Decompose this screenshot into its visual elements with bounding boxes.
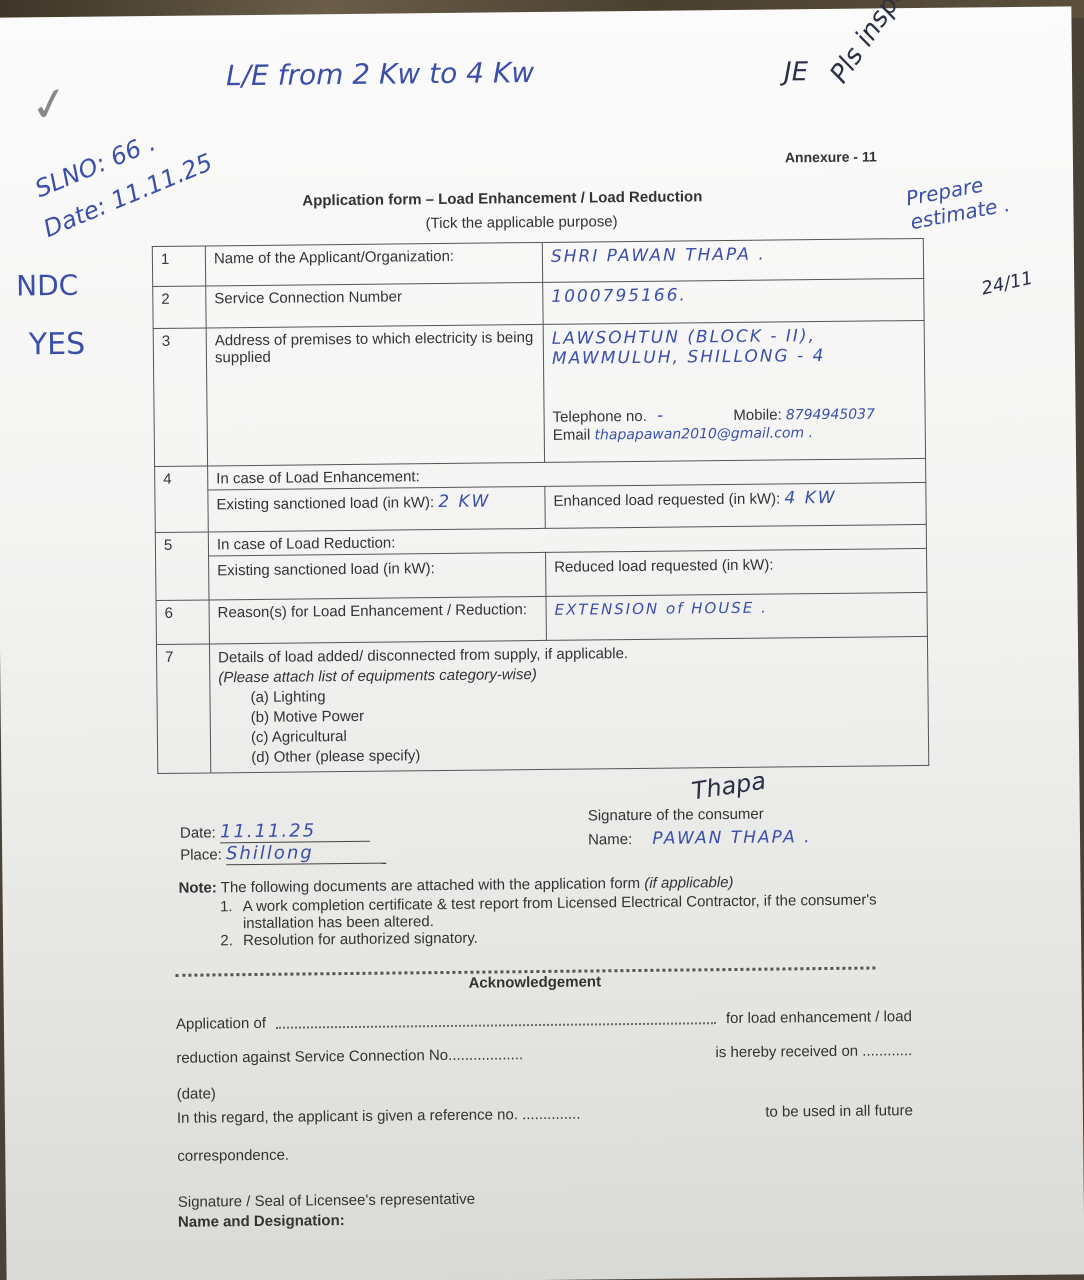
telephone-label: Telephone no.	[553, 408, 647, 426]
ack-text: is hereby received on ............	[715, 1042, 912, 1061]
consumer-name-field: Name: PAWAN THAPA .	[588, 827, 812, 849]
mobile-value[interactable]: 8794945037	[786, 406, 875, 423]
date-value[interactable]: 11.11.25	[220, 820, 370, 844]
existing-load-value[interactable]: 2 KW	[438, 492, 490, 513]
existing-load-label: Existing sanctioned load (in kW):	[217, 560, 435, 579]
date-label: Date:	[180, 824, 216, 841]
consumer-name-value[interactable]: PAWAN THAPA .	[652, 827, 811, 849]
consumer-signature: Thapa	[690, 767, 768, 806]
row-number: 5	[155, 532, 209, 601]
reduced-load-label: Reduced load requested (in kW):	[554, 557, 773, 576]
enhanced-load-value[interactable]: 4 KW	[784, 488, 836, 509]
name-designation-label: Name and Designation:	[178, 1206, 914, 1231]
officer-date: 24/11	[980, 268, 1035, 300]
ack-line: (date)	[177, 1078, 913, 1103]
row-number: 2	[153, 286, 206, 329]
application-form-table: 1 Name of the Applicant/Organization: SH…	[152, 238, 929, 774]
note-section: Note: The following documents are attach…	[178, 872, 919, 950]
officer-initials: JE	[784, 57, 808, 87]
enhanced-load-label: Enhanced load requested (in kW):	[553, 490, 780, 509]
date-field: Date: 11.11.25	[180, 820, 370, 844]
email-label: Email	[553, 426, 591, 443]
row-number: 7	[156, 644, 210, 774]
ack-line: In this regard, the applicant is given a…	[177, 1102, 913, 1127]
existing-load-label: Existing sanctioned load (in kW):	[216, 494, 434, 513]
telephone-value[interactable]: -	[657, 406, 665, 426]
row-number: 4	[155, 466, 209, 533]
officer-note: Pls inspect	[824, 0, 927, 89]
signature-label: Signature of the consumer	[588, 806, 764, 825]
ndc-note: NDC	[16, 269, 78, 303]
ack-line: correspondence.	[177, 1140, 913, 1165]
ack-text: for load enhancement / load	[726, 1008, 912, 1027]
address-line-2[interactable]: MAWMULUH, SHILLONG - 4	[552, 345, 916, 369]
place-label: Place:	[180, 846, 222, 863]
name-label: Name:	[588, 831, 632, 848]
tick-mark: ✓	[26, 74, 74, 134]
row-number: 1	[152, 246, 205, 287]
place-value[interactable]: Shillong	[226, 842, 386, 866]
row-number: 6	[156, 600, 209, 645]
ndc-value-note: YES	[29, 327, 86, 363]
applicant-name-value[interactable]: SHRI PAWAN THAPA .	[551, 245, 766, 267]
form-title: Application form – Load Enhancement / Lo…	[302, 188, 702, 209]
acknowledgement-title: Acknowledgement	[468, 973, 601, 991]
note-text: The following documents are attached wit…	[221, 875, 641, 896]
field-label: Reason(s) for Load Enhancement / Reducti…	[209, 596, 546, 644]
ack-line: Application of for load enhancement / lo…	[176, 1008, 912, 1033]
ack-text: reduction against Service Connection No.…	[176, 1046, 523, 1067]
annexure-label: Annexure - 11	[785, 148, 877, 165]
note-label: Note:	[178, 879, 217, 896]
field-label: Service Connection Number	[206, 282, 543, 328]
ack-text: to be used in all future	[765, 1102, 913, 1121]
ack-text: Application of	[176, 1015, 266, 1033]
ack-text: In this regard, the applicant is given a…	[177, 1106, 581, 1127]
ack-line: reduction against Service Connection No.…	[176, 1042, 912, 1067]
email-value[interactable]: thapapawan2010@gmail.com .	[594, 425, 813, 443]
table-row: 3 Address of premises to which electrici…	[153, 320, 925, 466]
document-page: ✓ L/E from 2 Kw to 4 Kw SLNO: 66 . Date:…	[0, 6, 1084, 1280]
place-field: Place: Shillong	[180, 842, 386, 866]
prepare-estimate-note: Prepare estimate .	[904, 165, 1031, 234]
category-list: (a) Lighting (b) Motive Power (c) Agricu…	[218, 681, 920, 768]
reason-value[interactable]: EXTENSION of HOUSE .	[555, 599, 768, 619]
field-label: Name of the Applicant/Organization:	[205, 242, 542, 286]
table-row: 7 Details of load added/ disconnected fr…	[156, 636, 928, 773]
service-connection-value[interactable]: 1000795166.	[551, 285, 687, 306]
top-note: L/E from 2 Kw to 4 Kw	[226, 56, 535, 92]
form-subtitle: (Tick the applicable purpose)	[425, 213, 617, 232]
field-label: Address of premises to which electricity…	[206, 324, 544, 466]
row-number: 3	[153, 328, 207, 467]
mobile-label: Mobile:	[733, 406, 782, 424]
ack-blank-applicant[interactable]	[276, 1010, 716, 1029]
note-text-italic: (if applicable)	[644, 874, 733, 892]
